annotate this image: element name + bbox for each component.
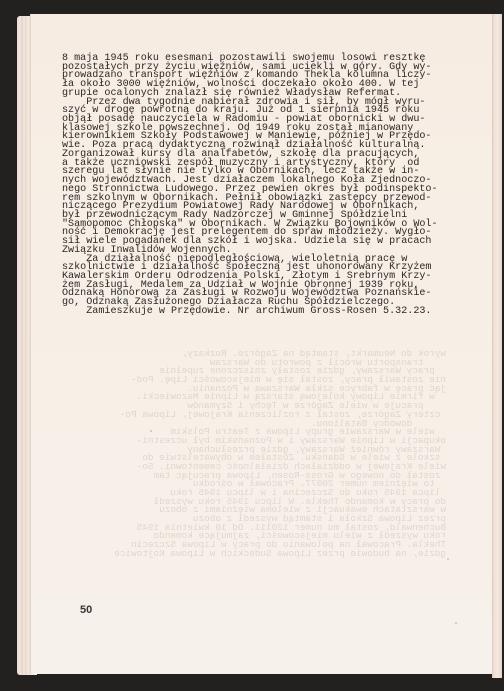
paper-speck (150, 430, 152, 432)
paper-speck (455, 622, 457, 624)
facing-page-edge (492, 14, 502, 678)
bleed-line: gdzie, na budowie przez Lipowa Sudeckich… (96, 550, 446, 559)
bleed-through-text: wyrok do Neumarkt, stamtąd na Zagórze. R… (96, 350, 446, 559)
paper-speck (447, 558, 449, 560)
text-line: Zamieszkuje w Przędowie. Nr archiwum Gro… (62, 308, 482, 317)
body-text: 8 maja 1945 roku esesmani pozostawili sw… (62, 55, 482, 317)
page-number: 50 (80, 604, 92, 616)
